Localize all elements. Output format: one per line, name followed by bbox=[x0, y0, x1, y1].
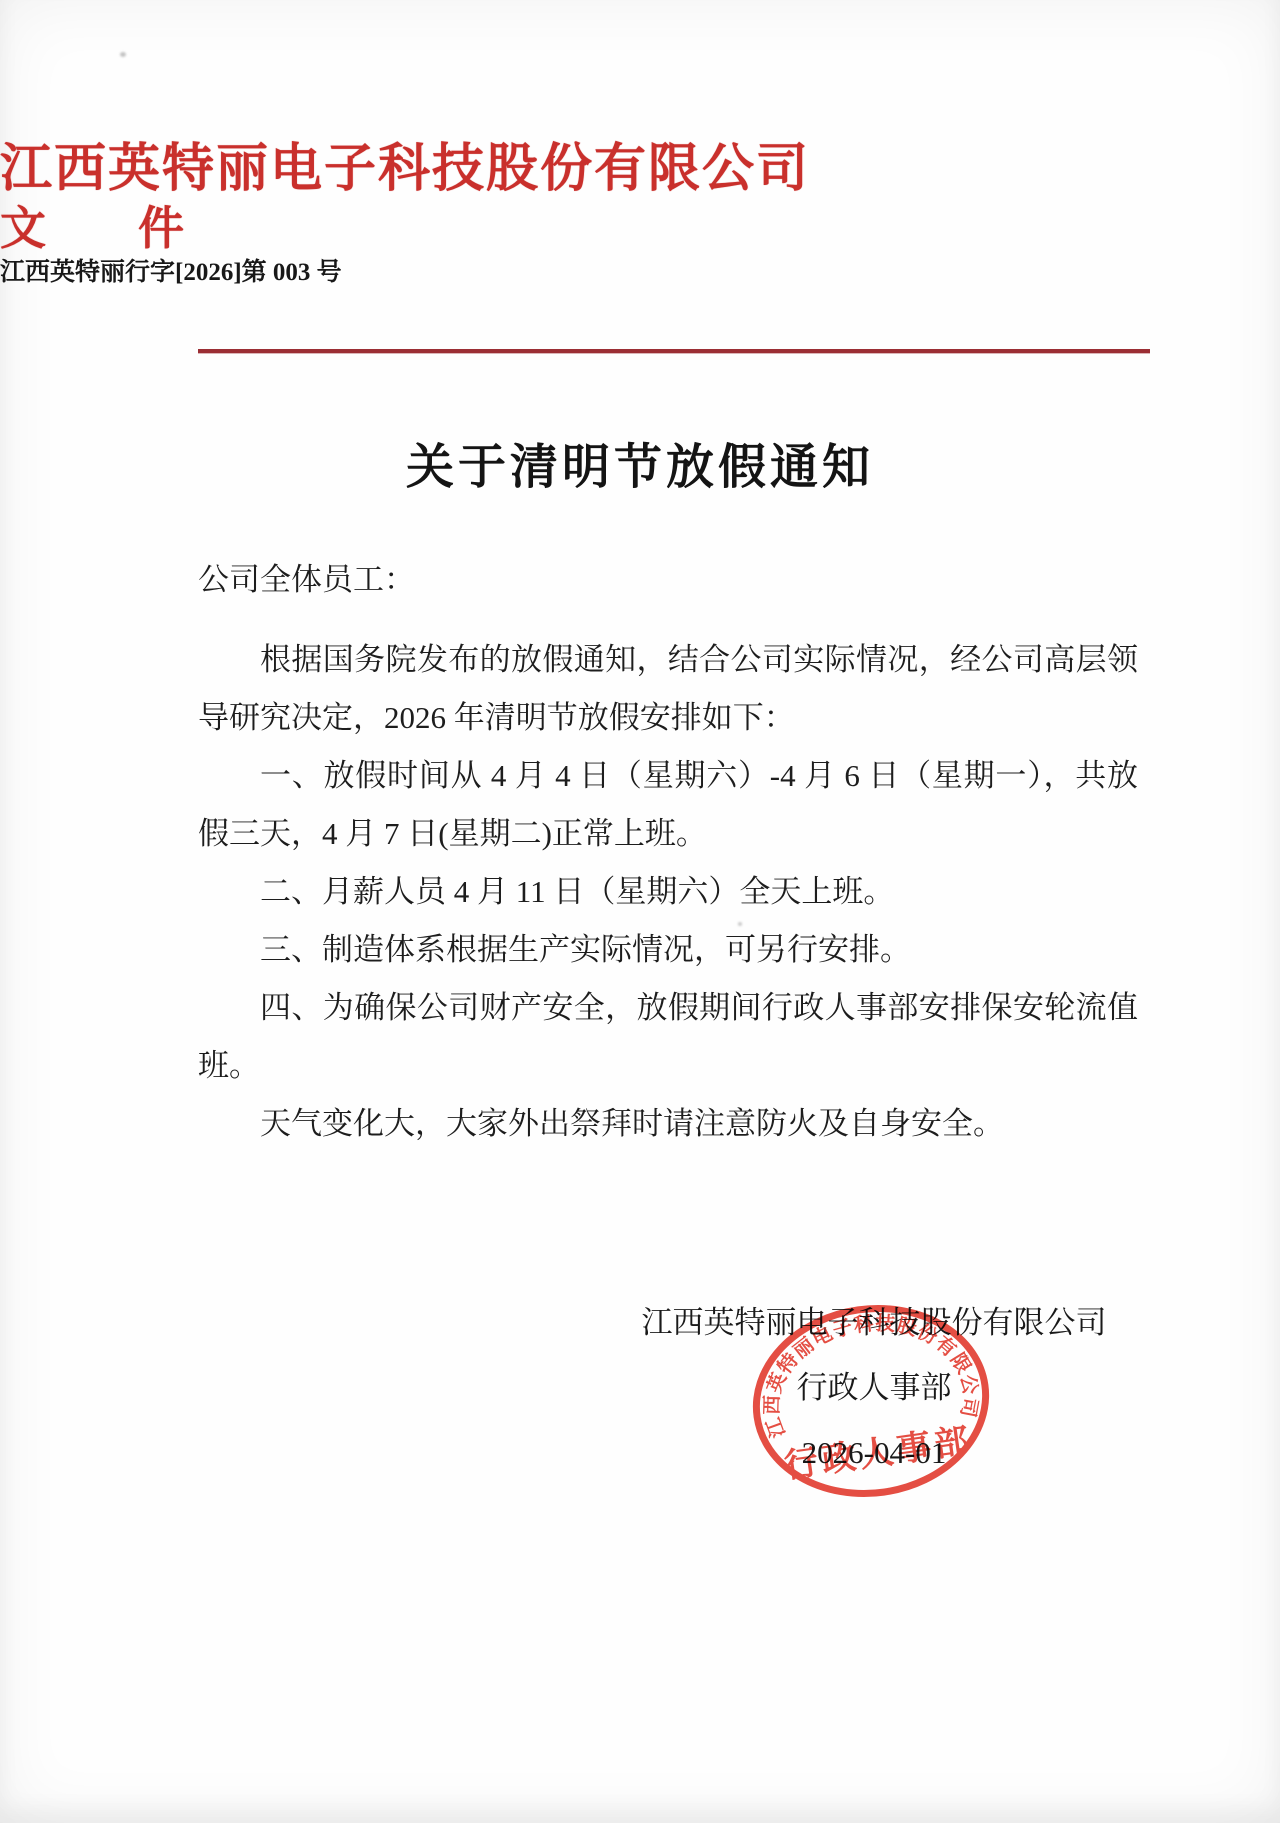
doc-reference-number: 江西英特丽行字[2026]第 003 号 bbox=[0, 252, 1280, 288]
letterhead-doc-type: 文 件 bbox=[0, 192, 1280, 258]
document-body: 公司全体员工： 根据国务院发布的放假通知，结合公司实际情况，经公司高层领导研究决… bbox=[198, 551, 1138, 1153]
red-divider-rule bbox=[198, 349, 1150, 353]
signature-company: 江西英特丽电子科技股份有限公司 bbox=[626, 1290, 1122, 1355]
page-title: 关于清明节放假通知 bbox=[0, 428, 1280, 497]
letterhead-company-name: 江西英特丽电子科技股份有限公司 bbox=[0, 126, 1280, 201]
body-paragraph: 天气变化大，大家外出祭拜时请注意防火及自身安全。 bbox=[198, 1095, 1138, 1153]
body-paragraph: 二、月薪人员 4 月 11 日（星期六）全天上班。 bbox=[198, 863, 1138, 921]
signature-date: 2026-04-01 bbox=[626, 1420, 1122, 1485]
body-paragraph: 四、为确保公司财产安全，放假期间行政人事部安排保安轮流值班。 bbox=[198, 979, 1138, 1095]
body-paragraph: 三、制造体系根据生产实际情况，可另行安排。 bbox=[198, 921, 1138, 979]
signature-block: 江西英特丽电子科技股份有限公司 行政人事部 2026-04-01 bbox=[626, 1290, 1122, 1485]
body-paragraph: 根据国务院发布的放假通知，结合公司实际情况，经公司高层领导研究决定，2026 年… bbox=[198, 631, 1138, 747]
body-paragraph: 一、放假时间从 4 月 4 日（星期六）-4 月 6 日（星期一），共放假三天，… bbox=[198, 747, 1138, 863]
salutation: 公司全体员工： bbox=[198, 551, 1138, 609]
signature-department: 行政人事部 bbox=[626, 1355, 1122, 1420]
document-page: 江西英特丽电子科技股份有限公司 文 件 江西英特丽行字[2026]第 003 号… bbox=[0, 0, 1280, 1823]
scan-speck bbox=[120, 52, 126, 57]
